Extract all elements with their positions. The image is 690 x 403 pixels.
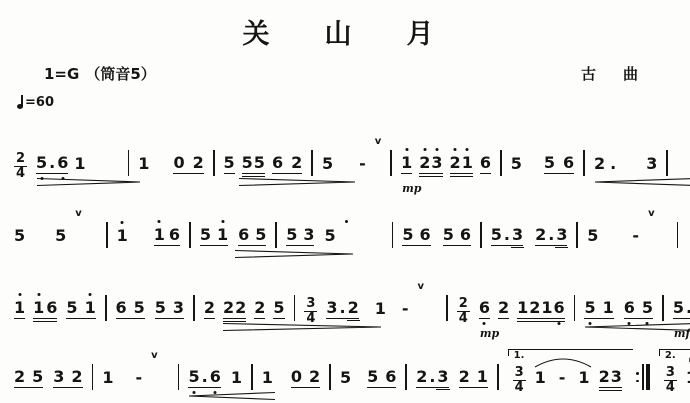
time-signature: 34	[513, 367, 526, 393]
key-signature: 1=G （筒音5）	[44, 63, 156, 84]
note-digit: 5	[673, 298, 684, 317]
note-group: 23	[599, 367, 622, 388]
note-digit: -	[136, 368, 143, 387]
note-digit: 2	[594, 154, 605, 173]
note-digit: 1	[603, 298, 614, 317]
beam-group: 16	[33, 298, 57, 319]
augmentation-dot: .	[429, 367, 435, 386]
beam-group: 23	[599, 367, 622, 388]
music-line-4: 25321-v5.611025562.3211.341-1232.341∩671…	[14, 342, 676, 388]
note-digit: 6	[385, 367, 396, 386]
barline	[329, 364, 331, 390]
note-digit: -	[359, 154, 366, 173]
beam-group: 56	[443, 225, 471, 246]
beam-group: 5.3	[673, 298, 690, 319]
barline	[583, 150, 585, 176]
augmentation-dot: .	[340, 298, 346, 317]
barline	[666, 150, 668, 176]
note-digit: 2	[419, 153, 430, 172]
beam-group: 1	[117, 226, 128, 246]
note-digit: 2	[459, 367, 470, 386]
note-group: 5.32.3	[491, 225, 568, 246]
spacer	[433, 318, 437, 319]
beam-group: 5	[224, 153, 235, 174]
note-digit: 6	[116, 298, 127, 317]
note-digit: 5	[587, 226, 598, 245]
repeat-end-barline	[636, 364, 650, 390]
volta-bracket-1: 1.341-123	[508, 367, 627, 388]
beam-group: 5.6	[36, 153, 68, 174]
note-group: 2.3	[594, 154, 657, 174]
sheet-music-page: 关 山 月 1=G （筒音5） 古 曲 =60 245.61102555625-…	[0, 0, 690, 403]
beam-group: 2.3	[416, 367, 448, 388]
note-digit: 0	[173, 153, 184, 172]
note-digit: 2	[71, 367, 82, 386]
note-digit: 2	[14, 367, 25, 386]
tempo-marking: =60	[0, 84, 690, 110]
beam-group: 56	[402, 225, 430, 246]
note-digit: 6	[57, 153, 68, 172]
barline	[392, 222, 394, 248]
note-digit: 1	[33, 298, 44, 317]
note-digit: 5	[322, 154, 333, 173]
beam-group: -	[632, 226, 639, 246]
note-digit: 1	[138, 154, 149, 173]
barline	[178, 364, 180, 390]
beam-group: -	[402, 299, 409, 319]
note-digit: 1	[262, 368, 273, 387]
beam-group: 3.2	[326, 298, 358, 319]
note-digit: 5	[286, 225, 297, 244]
note-digit: 1	[535, 368, 546, 387]
barline	[500, 150, 502, 176]
time-signature-numerator: 3	[306, 298, 315, 309]
beam-group: 1	[14, 298, 25, 319]
beam-group: 5.3	[491, 225, 523, 246]
note-digit: 5	[642, 298, 653, 317]
barline	[213, 150, 215, 176]
note-digit: 5	[200, 225, 211, 244]
note-digit: 6	[624, 298, 635, 317]
note-digit: 1	[462, 153, 473, 172]
time-signature: 34	[664, 367, 677, 393]
beam-group: 2	[204, 298, 215, 319]
time-signature-denominator: 4	[515, 382, 524, 393]
beam-group: 5	[273, 298, 284, 319]
note-digit: 3	[512, 225, 523, 244]
note-group: 535	[286, 225, 335, 246]
note-digit: 2	[193, 153, 204, 172]
repeat-dot	[636, 372, 639, 375]
note-digit: 2	[223, 298, 234, 317]
note-digit: 2	[348, 298, 359, 317]
barline	[294, 295, 296, 321]
note-group: 5-	[587, 226, 639, 246]
note-digit: 5	[367, 367, 378, 386]
note-digit: 1	[14, 298, 25, 317]
note-digit: 1	[85, 298, 96, 317]
note-digit: 5	[443, 225, 454, 244]
barline	[480, 222, 482, 248]
barline	[106, 222, 108, 248]
beam-group: 5	[340, 368, 351, 388]
beam-group: 1	[231, 368, 242, 388]
note-group: 55	[14, 226, 66, 246]
music-line-3: 11651655322225343.21-v24621216mp51655.32…	[14, 273, 676, 319]
barline	[189, 222, 191, 248]
note-digit: 5	[36, 153, 47, 172]
note-group: 22225	[204, 298, 285, 319]
barline	[193, 295, 195, 321]
barline	[311, 150, 313, 176]
note-digit: 5	[14, 226, 25, 245]
time-signature-denominator: 4	[666, 382, 675, 393]
beam-group: 2.3	[535, 225, 567, 246]
note-digit: 2	[450, 153, 461, 172]
note-group: 5.61	[36, 153, 86, 174]
note-digit: 5	[55, 226, 66, 245]
beam-group: 21	[459, 367, 488, 388]
volta-bracket-2: 2.341∩671-	[659, 367, 690, 388]
augmentation-dot: .	[202, 367, 208, 386]
beam-group: 65	[624, 298, 653, 319]
note-digit: 6	[46, 298, 57, 317]
note-group: 1-1	[535, 368, 590, 388]
note-digit: 6	[238, 225, 249, 244]
beam-group: 53	[286, 225, 314, 246]
breath-mark: v	[418, 282, 425, 292]
note-digit: 2	[529, 298, 540, 317]
note-digit: 5	[491, 225, 502, 244]
beam-group: 22	[223, 298, 246, 319]
note-digit: 1	[401, 153, 412, 172]
spacer	[664, 245, 668, 246]
note-digit: 1	[117, 226, 128, 245]
note-group: 116	[117, 225, 180, 246]
beam-group: 3	[646, 154, 657, 174]
hairpin-decrescendo	[238, 177, 356, 187]
note-group: 5165	[200, 225, 267, 246]
note-digit: 2	[599, 367, 610, 386]
note-group: 55562	[224, 153, 303, 174]
note-digit: 1	[375, 299, 386, 318]
beam-group: 21	[450, 153, 473, 174]
barline	[105, 295, 107, 321]
time-signature-numerator: 2	[16, 153, 25, 164]
breath-mark: v	[375, 137, 382, 147]
note-group: 2.321	[416, 367, 488, 388]
beam-group: 51	[584, 298, 613, 319]
tempo-value: =60	[25, 95, 54, 110]
time-signature-numerator: 2	[459, 298, 468, 309]
beam-group: 25	[14, 367, 43, 388]
dynamic-marking: mf	[674, 328, 690, 339]
note-digit: 5	[340, 368, 351, 387]
note-digit: 1	[477, 367, 488, 386]
beam-group: 1	[578, 368, 589, 388]
beam-group: 02	[173, 153, 203, 174]
beam-group: 5	[511, 154, 522, 174]
page-title: 关 山 月	[0, 0, 690, 51]
spacer	[91, 245, 97, 246]
barline	[677, 222, 679, 248]
dynamic-marking: mp	[402, 183, 421, 194]
note-group: 5.61	[188, 367, 242, 388]
note-digit: 5	[511, 154, 522, 173]
time-signature-numerator: 3	[666, 367, 675, 378]
note-digit: 3	[53, 367, 64, 386]
beam-group: 5	[587, 226, 598, 246]
note-group: 556	[340, 367, 396, 388]
spacer	[95, 173, 119, 174]
beam-group: 16	[154, 225, 180, 246]
note-group: 621216mp	[479, 298, 565, 319]
note-digit: 6	[460, 225, 471, 244]
note-digit: 3	[303, 225, 314, 244]
beam-group: 02	[291, 367, 320, 388]
note-digit: 2	[235, 298, 246, 317]
note-digit: 5	[224, 153, 235, 172]
barline	[92, 364, 94, 390]
note-digit: 6	[272, 153, 283, 172]
note-digit: 5	[324, 226, 335, 245]
time-signature: 34	[304, 298, 317, 324]
note-digit: 6	[554, 298, 565, 317]
hairpin-decrescendo	[36, 177, 141, 187]
breath-mark: v	[75, 209, 82, 219]
note-digit: 5	[134, 298, 145, 317]
note-digit: 2	[291, 153, 302, 172]
barline-thick	[646, 364, 650, 390]
note-digit: 6	[420, 225, 431, 244]
beam-group: -	[559, 368, 566, 388]
barline	[662, 295, 664, 321]
barline	[574, 295, 576, 321]
beam-group: 51	[200, 225, 228, 246]
augmentation-dot: .	[504, 225, 510, 244]
note-group: 102	[262, 367, 320, 388]
note-digit: 5	[402, 225, 413, 244]
note-digit: 2	[498, 298, 509, 317]
spacer	[167, 387, 169, 388]
augmentation-dot: .	[49, 153, 55, 172]
hairpin-decrescendo	[234, 249, 354, 259]
note-digit: 1	[154, 225, 165, 244]
note-group: 2532	[14, 367, 83, 388]
note-digit: 3	[437, 367, 448, 386]
augmentation-dot: .	[686, 298, 690, 317]
barline	[405, 364, 407, 390]
beam-group: 1	[74, 154, 85, 174]
breath-mark: v	[151, 351, 158, 361]
note-digit: 5	[242, 153, 253, 172]
note-group: 5-	[322, 154, 366, 174]
beam-group: -	[359, 154, 366, 174]
beam-group: 6	[479, 298, 490, 319]
note-group: 51	[66, 298, 95, 319]
note-digit: 1∩	[686, 368, 690, 387]
hairpin-crescendo	[594, 177, 690, 187]
beam-group: 1	[138, 154, 149, 174]
beam-group: -	[136, 368, 143, 388]
note-group: 116	[14, 298, 57, 319]
note-digit: 2	[535, 225, 546, 244]
time-signature-denominator: 4	[16, 168, 25, 179]
note-group: 5656	[402, 225, 471, 246]
note-digit: 5	[66, 298, 77, 317]
quarter-note-icon	[17, 104, 23, 109]
meta-row: 1=G （筒音5） 古 曲	[0, 51, 690, 84]
barline	[446, 295, 448, 321]
note-digit: 1	[541, 298, 552, 317]
beam-group: 6	[480, 153, 491, 174]
note-digit: 6	[563, 153, 574, 172]
beam-group: 1	[401, 153, 412, 174]
key-value: 1=G	[44, 65, 79, 83]
dynamic-marking: mp	[480, 328, 499, 339]
hairpin-crescendo	[188, 391, 276, 401]
hairpin-decrescendo	[222, 322, 382, 332]
beam-group: 5	[55, 226, 66, 246]
note-digit: 0	[291, 367, 302, 386]
note-digit: 5	[155, 298, 166, 317]
beam-group: 1∩	[686, 368, 690, 388]
beam-group: 5	[322, 154, 333, 174]
beam-group: 65	[238, 225, 266, 246]
note-digit: 1	[578, 368, 589, 387]
note-group: 3.21-	[326, 298, 408, 319]
barline	[390, 150, 392, 176]
note-digit: 5	[188, 367, 199, 386]
note-digit: 5	[544, 153, 555, 172]
note-digit: 6	[479, 298, 490, 317]
notation-area: 245.61102555625-v123216mp5562.355v116516…	[0, 110, 690, 388]
note-digit: 2	[254, 298, 265, 317]
note-digit: 5	[584, 298, 595, 317]
beam-group: 56	[544, 153, 574, 174]
spacer	[357, 245, 383, 246]
barline	[497, 364, 499, 390]
note-group: 556	[511, 153, 574, 174]
note-digit: 5	[273, 298, 284, 317]
beam-group: 55	[242, 153, 265, 174]
repeat-dot	[636, 380, 639, 383]
time-signature-denominator: 4	[306, 313, 315, 324]
note-group: 6553	[116, 298, 185, 319]
note-digit: 1	[517, 298, 528, 317]
beam-group: 2	[498, 298, 509, 319]
music-line-1: 245.61102555625-v123216mp5562.3	[14, 128, 676, 174]
barline	[251, 364, 253, 390]
beam-group: 51	[66, 298, 95, 319]
beam-group: 1	[535, 368, 546, 388]
beam-group: 56	[367, 367, 396, 388]
note-digit: -	[632, 226, 639, 245]
beam-group: 65	[116, 298, 145, 319]
beam-group: 5.6	[188, 367, 220, 388]
note-digit: 6	[210, 367, 221, 386]
time-signature-numerator: 3	[515, 367, 524, 378]
note-digit: 5	[32, 367, 43, 386]
note-digit: 6	[169, 225, 180, 244]
note-digit: 1	[231, 368, 242, 387]
note-digit: 5	[255, 225, 266, 244]
beam-group: 2.	[594, 154, 616, 174]
tie-arc	[533, 355, 593, 368]
breath-mark: v	[648, 209, 655, 219]
note-digit: 6	[480, 153, 491, 172]
note-digit: 2	[204, 298, 215, 317]
beam-group: 32	[53, 367, 82, 388]
volta-label: 1.	[514, 351, 525, 361]
note-group: 1-	[102, 368, 142, 388]
note-digit: 1	[74, 154, 85, 173]
note-group: 1∩671-	[686, 368, 690, 388]
note-digit: 3	[431, 153, 442, 172]
note-digit: 1	[217, 225, 228, 244]
time-signature: 24	[14, 153, 27, 179]
note-digit: 1	[102, 368, 113, 387]
augmentation-dot: .	[610, 154, 616, 173]
note-digit: 2	[309, 367, 320, 386]
beam-group: 1	[262, 368, 273, 388]
composer-credit: 古 曲	[581, 63, 644, 84]
barline-thin	[642, 364, 644, 390]
note-digit: 3	[173, 298, 184, 317]
music-line-2: 55v116516553556565.32.35-v	[14, 200, 676, 246]
beam-group: 5	[14, 226, 25, 246]
note-digit: -	[402, 299, 409, 318]
beam-group: 23	[419, 153, 442, 174]
fingering-note: （筒音5）	[85, 63, 155, 84]
repeat-dots	[636, 372, 639, 383]
beam-group: 53	[155, 298, 184, 319]
note-group: 5.32mf	[673, 298, 690, 319]
note-digit: 3	[646, 154, 657, 173]
barline	[128, 150, 130, 176]
note-digit: -	[559, 368, 566, 387]
note-group: 5165	[584, 298, 653, 319]
note-digit: 5	[254, 153, 265, 172]
beam-group: 5	[324, 226, 335, 246]
note-group: 102	[138, 153, 203, 174]
time-signature: 24	[457, 298, 470, 324]
beam-group: 62	[272, 153, 302, 174]
beam-group: 1	[375, 299, 386, 319]
volta-label: 2.	[665, 351, 676, 361]
augmentation-dot: .	[548, 225, 554, 244]
barline	[576, 222, 578, 248]
note-digit: 2	[416, 367, 427, 386]
time-signature-denominator: 4	[459, 313, 468, 324]
beam-group: 1	[102, 368, 113, 388]
dot-mark	[345, 220, 348, 223]
note-digit: 3	[611, 367, 622, 386]
note-digit: 3	[326, 298, 337, 317]
barline	[275, 222, 277, 248]
note-group: 123216mp	[401, 153, 491, 174]
beam-group: 1216	[517, 298, 565, 319]
beam-group: 2	[254, 298, 265, 319]
note-digit: 3	[556, 225, 567, 244]
